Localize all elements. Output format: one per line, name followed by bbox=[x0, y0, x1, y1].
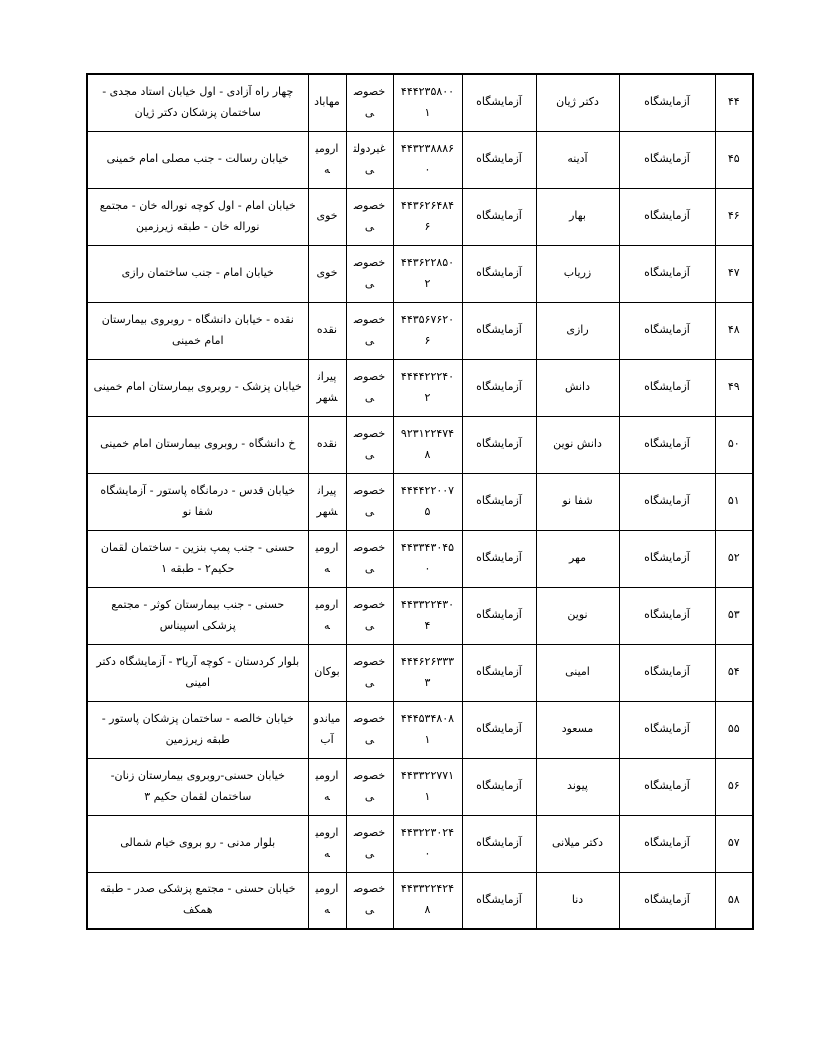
cell-category: آزمایشگاه bbox=[619, 245, 715, 302]
cell-city: ارومیه bbox=[308, 872, 346, 929]
cell-row-number: ۵۷ bbox=[715, 815, 753, 872]
cell-ownership: خصوصی bbox=[346, 758, 393, 815]
cell-phone-number: ۴۴۳۳۲۲۷۷۱۱ bbox=[393, 758, 462, 815]
table-row: ۵۸آزمایشگاهدناآزمایشگاه۴۴۳۳۲۲۴۲۴۸خصوصیار… bbox=[87, 872, 753, 929]
cell-row-number: ۵۱ bbox=[715, 473, 753, 530]
cell-category: آزمایشگاه bbox=[619, 74, 715, 131]
cell-lab-name: دانش نوین bbox=[536, 416, 619, 473]
table-row: ۴۷آزمایشگاهزریابآزمایشگاه۴۴۳۶۲۲۸۵۰۲خصوصی… bbox=[87, 245, 753, 302]
cell-lab-type: آزمایشگاه bbox=[462, 245, 536, 302]
cell-phone-number: ۴۴۳۳۲۲۴۳۰۴ bbox=[393, 587, 462, 644]
cell-category: آزمایشگاه bbox=[619, 302, 715, 359]
cell-ownership: خصوصی bbox=[346, 815, 393, 872]
cell-lab-name: زریاب bbox=[536, 245, 619, 302]
cell-lab-type: آزمایشگاه bbox=[462, 530, 536, 587]
cell-city: ارومیه bbox=[308, 131, 346, 188]
cell-phone-number: ۴۴۳۲۳۸۸۸۶۰ bbox=[393, 131, 462, 188]
cell-lab-type: آزمایشگاه bbox=[462, 188, 536, 245]
cell-category: آزمایشگاه bbox=[619, 416, 715, 473]
cell-address: خ دانشگاه - روبروی بیمارستان امام خمینی bbox=[87, 416, 308, 473]
cell-lab-name: آدینه bbox=[536, 131, 619, 188]
cell-category: آزمایشگاه bbox=[619, 815, 715, 872]
cell-row-number: ۴۵ bbox=[715, 131, 753, 188]
cell-ownership: خصوصی bbox=[346, 872, 393, 929]
cell-lab-name: رازی bbox=[536, 302, 619, 359]
cell-lab-type: آزمایشگاه bbox=[462, 473, 536, 530]
cell-phone-number: ۴۴۳۵۶۷۶۲۰۶ bbox=[393, 302, 462, 359]
table-row: ۴۹آزمایشگاهدانشآزمایشگاه۴۴۴۴۲۲۲۴۰۲خصوصیپ… bbox=[87, 359, 753, 416]
cell-city: ارومیه bbox=[308, 758, 346, 815]
table-row: ۴۵آزمایشگاهآدینهآزمایشگاه۴۴۳۲۳۸۸۸۶۰غیردو… bbox=[87, 131, 753, 188]
cell-ownership: غیردولتی bbox=[346, 131, 393, 188]
cell-row-number: ۴۶ bbox=[715, 188, 753, 245]
cell-lab-type: آزمایشگاه bbox=[462, 416, 536, 473]
cell-address: خیابان حسنی - مجتمع پزشکی صدر - طبقه همک… bbox=[87, 872, 308, 929]
cell-city: میاندوآب bbox=[308, 701, 346, 758]
cell-lab-name: دنا bbox=[536, 872, 619, 929]
document-page: ۴۴آزمایشگاهدکتر ژیانآزمایشگاه۴۴۴۲۳۵۸۰۰۱خ… bbox=[0, 0, 816, 1056]
cell-address: خیابان خالصه - ساختمان پزشکان پاستور - ط… bbox=[87, 701, 308, 758]
table-row: ۵۷آزمایشگاهدکتر میلانیآزمایشگاه۴۴۳۲۲۳۰۲۴… bbox=[87, 815, 753, 872]
cell-lab-type: آزمایشگاه bbox=[462, 701, 536, 758]
cell-row-number: ۵۳ bbox=[715, 587, 753, 644]
cell-ownership: خصوصی bbox=[346, 473, 393, 530]
cell-row-number: ۴۸ bbox=[715, 302, 753, 359]
table-row: ۵۱آزمایشگاهشفا نوآزمایشگاه۴۴۴۴۲۲۰۰۷۵خصوص… bbox=[87, 473, 753, 530]
cell-address: خیابان رسالت - جنب مصلی امام خمینی bbox=[87, 131, 308, 188]
cell-lab-type: آزمایشگاه bbox=[462, 74, 536, 131]
cell-row-number: ۵۵ bbox=[715, 701, 753, 758]
cell-category: آزمایشگاه bbox=[619, 473, 715, 530]
cell-city: خوی bbox=[308, 188, 346, 245]
cell-address: چهار راه آزادی - اول خیابان استاد مجدی -… bbox=[87, 74, 308, 131]
cell-category: آزمایشگاه bbox=[619, 644, 715, 701]
cell-category: آزمایشگاه bbox=[619, 530, 715, 587]
cell-city: نقده bbox=[308, 302, 346, 359]
cell-lab-name: بهار bbox=[536, 188, 619, 245]
cell-city: ارومیه bbox=[308, 815, 346, 872]
cell-ownership: خصوصی bbox=[346, 302, 393, 359]
cell-ownership: خصوصی bbox=[346, 245, 393, 302]
cell-row-number: ۴۴ bbox=[715, 74, 753, 131]
cell-ownership: خصوصی bbox=[346, 74, 393, 131]
cell-lab-name: دکتر میلانی bbox=[536, 815, 619, 872]
cell-address: خیابان قدس - درمانگاه پاستور - آزمایشگاه… bbox=[87, 473, 308, 530]
cell-ownership: خصوصی bbox=[346, 644, 393, 701]
cell-ownership: خصوصی bbox=[346, 416, 393, 473]
laboratories-table: ۴۴آزمایشگاهدکتر ژیانآزمایشگاه۴۴۴۲۳۵۸۰۰۱خ… bbox=[86, 73, 754, 930]
cell-row-number: ۵۸ bbox=[715, 872, 753, 929]
cell-category: آزمایشگاه bbox=[619, 701, 715, 758]
cell-lab-type: آزمایشگاه bbox=[462, 644, 536, 701]
cell-lab-type: آزمایشگاه bbox=[462, 758, 536, 815]
cell-address: خیابان حسنی-روبروی بیمارستان زنان-ساختما… bbox=[87, 758, 308, 815]
table-row: ۴۸آزمایشگاهرازیآزمایشگاه۴۴۳۵۶۷۶۲۰۶خصوصین… bbox=[87, 302, 753, 359]
table-row: ۵۴آزمایشگاهامینیآزمایشگاه۴۴۴۶۲۶۳۳۳۳خصوصی… bbox=[87, 644, 753, 701]
table-row: ۵۶آزمایشگاهپیوندآزمایشگاه۴۴۳۳۲۲۷۷۱۱خصوصی… bbox=[87, 758, 753, 815]
cell-phone-number: ۴۴۳۲۲۳۰۲۴۰ bbox=[393, 815, 462, 872]
cell-ownership: خصوصی bbox=[346, 530, 393, 587]
cell-city: ارومیه bbox=[308, 530, 346, 587]
cell-ownership: خصوصی bbox=[346, 587, 393, 644]
cell-category: آزمایشگاه bbox=[619, 359, 715, 416]
cell-phone-number: ۴۴۳۳۲۲۴۲۴۸ bbox=[393, 872, 462, 929]
cell-city: ارومیه bbox=[308, 587, 346, 644]
cell-lab-type: آزمایشگاه bbox=[462, 131, 536, 188]
cell-address: نقده - خیابان دانشگاه - روبروی بیمارستان… bbox=[87, 302, 308, 359]
cell-row-number: ۴۹ bbox=[715, 359, 753, 416]
cell-address: بلوار مدنی - رو بروی خیام شمالی bbox=[87, 815, 308, 872]
cell-row-number: ۴۷ bbox=[715, 245, 753, 302]
cell-lab-name: مهر bbox=[536, 530, 619, 587]
cell-lab-name: امینی bbox=[536, 644, 619, 701]
cell-city: نقده bbox=[308, 416, 346, 473]
cell-lab-name: دانش bbox=[536, 359, 619, 416]
cell-category: آزمایشگاه bbox=[619, 587, 715, 644]
cell-ownership: خصوصی bbox=[346, 701, 393, 758]
table-row: ۴۶آزمایشگاهبهارآزمایشگاه۴۴۳۶۲۶۴۸۴۶خصوصیخ… bbox=[87, 188, 753, 245]
table-row: ۵۳آزمایشگاهنوینآزمایشگاه۴۴۳۳۲۲۴۳۰۴خصوصیا… bbox=[87, 587, 753, 644]
cell-category: آزمایشگاه bbox=[619, 872, 715, 929]
cell-category: آزمایشگاه bbox=[619, 758, 715, 815]
cell-city: خوی bbox=[308, 245, 346, 302]
cell-address: حسنی - جنب پمپ بنزین - ساختمان لقمان حکی… bbox=[87, 530, 308, 587]
cell-row-number: ۵۴ bbox=[715, 644, 753, 701]
cell-address: بلوار کردستان - کوچه آریا۳ - آزمایشگاه د… bbox=[87, 644, 308, 701]
cell-phone-number: ۴۴۳۶۲۲۸۵۰۲ bbox=[393, 245, 462, 302]
cell-lab-type: آزمایشگاه bbox=[462, 872, 536, 929]
cell-phone-number: ۴۴۴۵۳۴۸۰۸۱ bbox=[393, 701, 462, 758]
cell-address: حسنی - جنب بیمارستان کوثر - مجتمع پزشکی … bbox=[87, 587, 308, 644]
cell-ownership: خصوصی bbox=[346, 359, 393, 416]
cell-lab-type: آزمایشگاه bbox=[462, 302, 536, 359]
cell-address: خیابان امام - جنب ساختمان رازی bbox=[87, 245, 308, 302]
table-row: ۴۴آزمایشگاهدکتر ژیانآزمایشگاه۴۴۴۲۳۵۸۰۰۱خ… bbox=[87, 74, 753, 131]
cell-lab-type: آزمایشگاه bbox=[462, 587, 536, 644]
cell-category: آزمایشگاه bbox=[619, 131, 715, 188]
table-row: ۵۰آزمایشگاهدانش نوینآزمایشگاه۹۲۳۱۲۲۴۷۴۸خ… bbox=[87, 416, 753, 473]
table-row: ۵۵آزمایشگاهمسعودآزمایشگاه۴۴۴۵۳۴۸۰۸۱خصوصی… bbox=[87, 701, 753, 758]
cell-lab-name: شفا نو bbox=[536, 473, 619, 530]
cell-city: پیرانشهر bbox=[308, 473, 346, 530]
cell-phone-number: ۴۴۴۴۲۲۲۴۰۲ bbox=[393, 359, 462, 416]
cell-lab-name: نوین bbox=[536, 587, 619, 644]
cell-phone-number: ۴۴۳۳۴۳۰۴۵۰ bbox=[393, 530, 462, 587]
cell-lab-name: مسعود bbox=[536, 701, 619, 758]
laboratories-table-body: ۴۴آزمایشگاهدکتر ژیانآزمایشگاه۴۴۴۲۳۵۸۰۰۱خ… bbox=[87, 74, 753, 929]
cell-category: آزمایشگاه bbox=[619, 188, 715, 245]
cell-address: خیابان پزشک - روبروی بیمارستان امام خمین… bbox=[87, 359, 308, 416]
cell-address: خیابان امام - اول کوچه نوراله خان - مجتم… bbox=[87, 188, 308, 245]
cell-lab-name: دکتر ژیان bbox=[536, 74, 619, 131]
cell-phone-number: ۴۴۴۲۳۵۸۰۰۱ bbox=[393, 74, 462, 131]
cell-phone-number: ۹۲۳۱۲۲۴۷۴۸ bbox=[393, 416, 462, 473]
cell-lab-type: آزمایشگاه bbox=[462, 815, 536, 872]
cell-lab-type: آزمایشگاه bbox=[462, 359, 536, 416]
cell-lab-name: پیوند bbox=[536, 758, 619, 815]
cell-city: بوکان bbox=[308, 644, 346, 701]
cell-phone-number: ۴۴۴۴۲۲۰۰۷۵ bbox=[393, 473, 462, 530]
cell-city: پیرانشهر bbox=[308, 359, 346, 416]
cell-city: مهاباد bbox=[308, 74, 346, 131]
cell-ownership: خصوصی bbox=[346, 188, 393, 245]
cell-row-number: ۵۰ bbox=[715, 416, 753, 473]
cell-row-number: ۵۶ bbox=[715, 758, 753, 815]
cell-row-number: ۵۲ bbox=[715, 530, 753, 587]
cell-phone-number: ۴۴۳۶۲۶۴۸۴۶ bbox=[393, 188, 462, 245]
table-row: ۵۲آزمایشگاهمهرآزمایشگاه۴۴۳۳۴۳۰۴۵۰خصوصیار… bbox=[87, 530, 753, 587]
cell-phone-number: ۴۴۴۶۲۶۳۳۳۳ bbox=[393, 644, 462, 701]
